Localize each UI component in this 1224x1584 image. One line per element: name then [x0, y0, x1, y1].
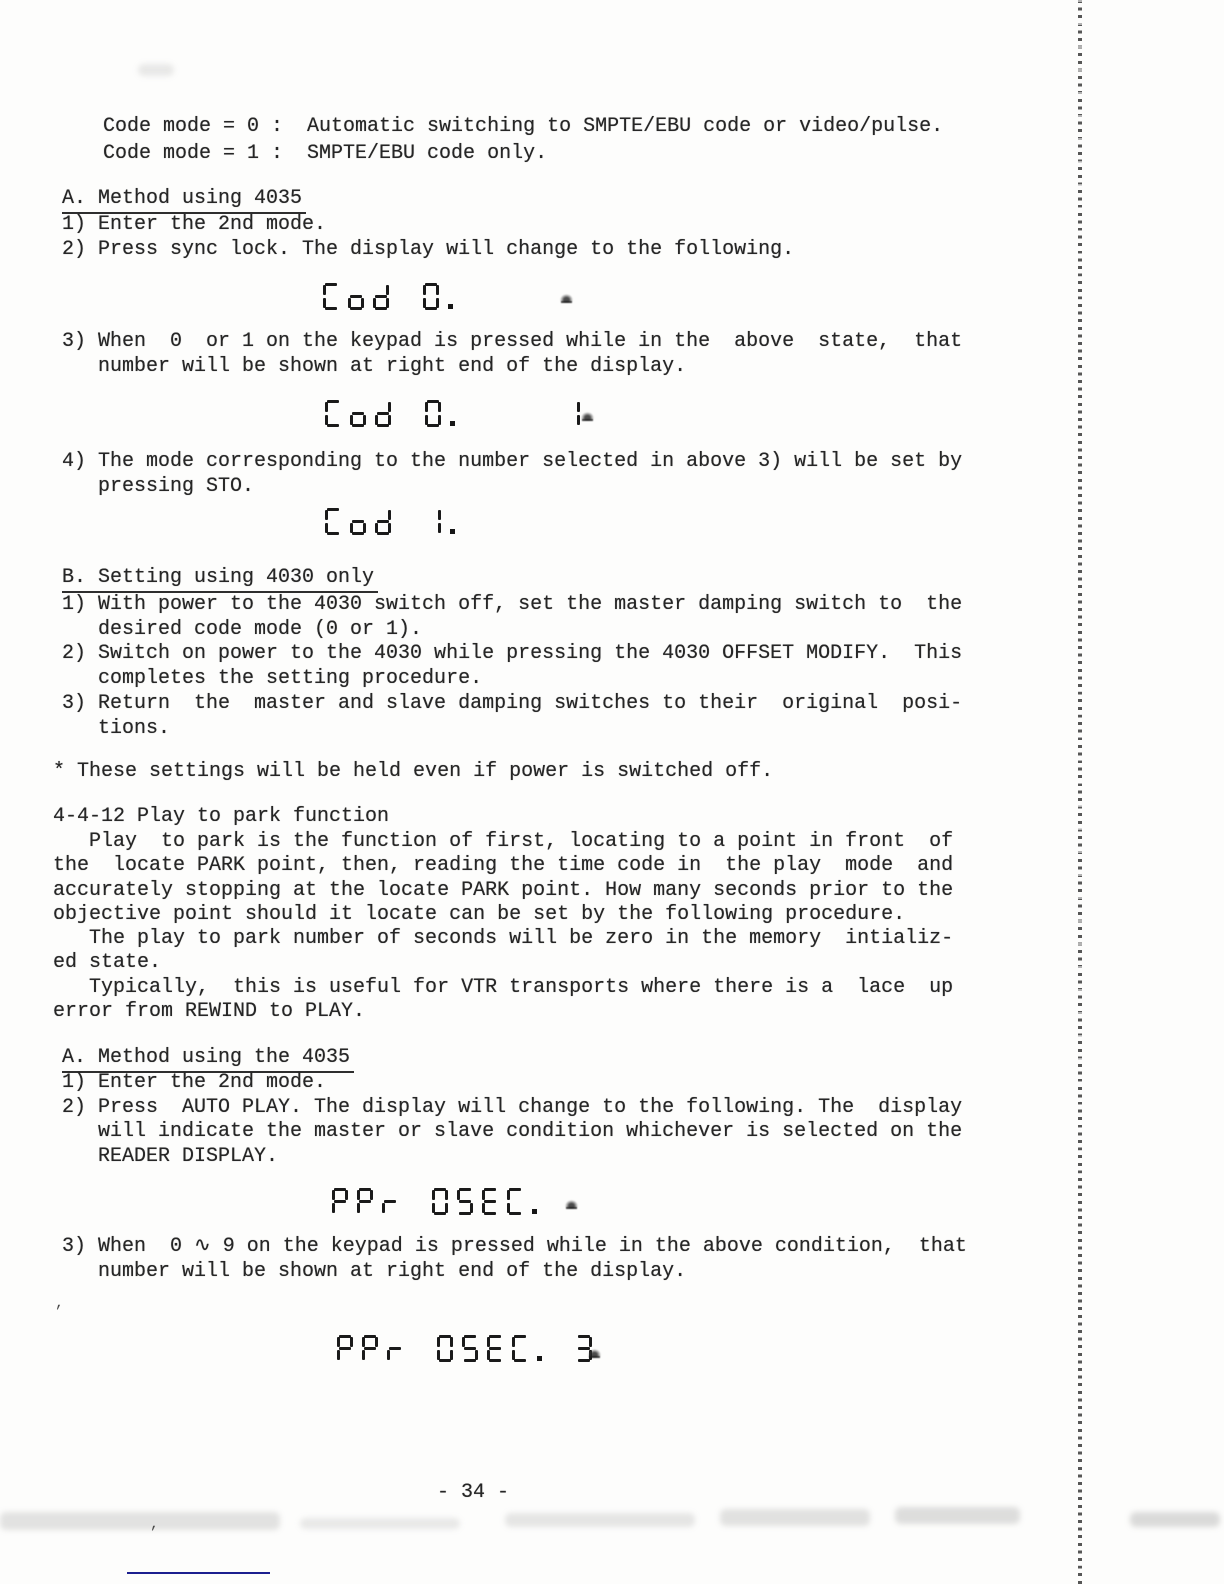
procedure-step: 2) Press sync lock. The display will cha…: [62, 237, 794, 262]
binding-perforation-dots: [1078, 0, 1082, 1584]
scan-speck: ,: [55, 1295, 64, 1312]
section-a1-heading: A. Method using 4035: [62, 187, 306, 214]
scan-smudge: [505, 1513, 695, 1527]
section-b-heading: B. Setting using 4030 only: [62, 566, 378, 593]
code-mode-definitions: Code mode = 0 : Automatic switching to S…: [103, 113, 943, 167]
lcd-display-cod-0-1: [325, 400, 589, 427]
lcd-display-ppr-0sec-3: [337, 1335, 601, 1362]
procedure-step: 2) Switch on power to the 4030 while pre…: [62, 642, 962, 667]
section-a1-step-3: 3) When 0 or 1 on the keypad is pressed …: [62, 329, 962, 379]
procedure-step: 1) Enter the 2nd mode.: [62, 1071, 962, 1096]
page-number: - 34 -: [437, 1480, 509, 1505]
lcd-display-ppr-0sec: [332, 1188, 546, 1215]
lcd-display-cod-1: [325, 508, 464, 535]
paragraph-line: ed state.: [53, 951, 953, 975]
section-a2-step-3: 3) When 0 ∿ 9 on the keypad is pressed w…: [62, 1234, 967, 1284]
settings-note: * These settings will be held even if po…: [53, 759, 773, 784]
procedure-step-continuation: desired code mode (0 or 1).: [62, 618, 962, 643]
procedure-step: 1) With power to the 4030 switch off, se…: [62, 593, 962, 618]
blue-margin-line: [127, 1572, 270, 1574]
section-4-4-12-title-wrap: 4-4-12 Play to park function: [53, 804, 389, 829]
section-a1-steps-1-2: 1) Enter the 2nd mode. 2) Press sync loc…: [62, 212, 794, 262]
paragraph-line: accurately stopping at the locate PARK p…: [53, 879, 953, 903]
scan-smudge: [0, 1512, 280, 1530]
section-b-steps: 1) With power to the 4030 switch off, se…: [62, 593, 962, 741]
section-4-4-12-body: Play to park is the function of first, l…: [53, 830, 953, 1024]
paragraph-line: The play to park number of seconds will …: [53, 927, 953, 951]
procedure-step: 3) When 0 ∿ 9 on the keypad is pressed w…: [62, 1234, 967, 1259]
procedure-step: 4) The mode corresponding to the number …: [62, 449, 962, 474]
section-a2-heading: A. Method using the 4035: [62, 1046, 354, 1073]
procedure-step: 1) Enter the 2nd mode.: [62, 212, 794, 237]
scanned-manual-page: Code mode = 0 : Automatic switching to S…: [0, 0, 1224, 1584]
procedure-step: 2) Press AUTO PLAY. The display will cha…: [62, 1096, 962, 1121]
tiny-mark-icon: [588, 1349, 601, 1358]
scan-smudge: [300, 1518, 460, 1529]
procedure-step-continuation: READER DISPLAY.: [62, 1145, 962, 1170]
code-mode-line-0: Code mode = 0 : Automatic switching to S…: [103, 113, 943, 140]
paragraph-line: error from REWIND to PLAY.: [53, 1000, 953, 1024]
section-4-4-12-title: 4-4-12 Play to park function: [53, 804, 389, 829]
procedure-step: 3) When 0 or 1 on the keypad is pressed …: [62, 329, 962, 354]
section-b-heading-wrap: B. Setting using 4030 only: [62, 566, 378, 593]
scan-smudge: [720, 1509, 870, 1526]
scan-speck: ,: [150, 1516, 159, 1533]
footer: - 34 -: [437, 1480, 509, 1505]
paragraph-line: the locate PARK point, then, reading the…: [53, 854, 953, 878]
tiny-mark-icon: [565, 1200, 578, 1209]
procedure-step: 3) Return the master and slave damping s…: [62, 692, 962, 717]
procedure-step-continuation: completes the setting procedure.: [62, 667, 962, 692]
procedure-step-continuation: number will be shown at right end of the…: [62, 1259, 967, 1284]
paragraph-line: Typically, this is useful for VTR transp…: [53, 976, 953, 1000]
scan-smudge: [895, 1507, 1020, 1524]
procedure-step-continuation: will indicate the master or slave condit…: [62, 1120, 962, 1145]
section-a1-step-4: 4) The mode corresponding to the number …: [62, 449, 962, 499]
tiny-mark-icon: [581, 412, 594, 421]
procedure-step-continuation: tions.: [62, 717, 962, 742]
scan-smudge: [138, 64, 174, 76]
procedure-step-continuation: pressing STO.: [62, 474, 962, 499]
section-a2-steps: 1) Enter the 2nd mode. 2) Press AUTO PLA…: [62, 1071, 962, 1170]
section-a1-heading-wrap: A. Method using 4035: [62, 187, 306, 214]
procedure-step-continuation: number will be shown at right end of the…: [62, 354, 962, 379]
paragraph-line: Play to park is the function of first, l…: [53, 830, 953, 854]
section-a2-heading-wrap: A. Method using the 4035: [62, 1046, 354, 1073]
tiny-mark-icon: [560, 294, 573, 303]
paragraph-line: objective point should it locate can be …: [53, 903, 953, 927]
code-mode-line-1: Code mode = 1 : SMPTE/EBU code only.: [103, 140, 943, 167]
scan-smudge: [1130, 1512, 1220, 1527]
note-text: * These settings will be held even if po…: [53, 759, 773, 784]
lcd-display-cod-0: [323, 283, 462, 310]
